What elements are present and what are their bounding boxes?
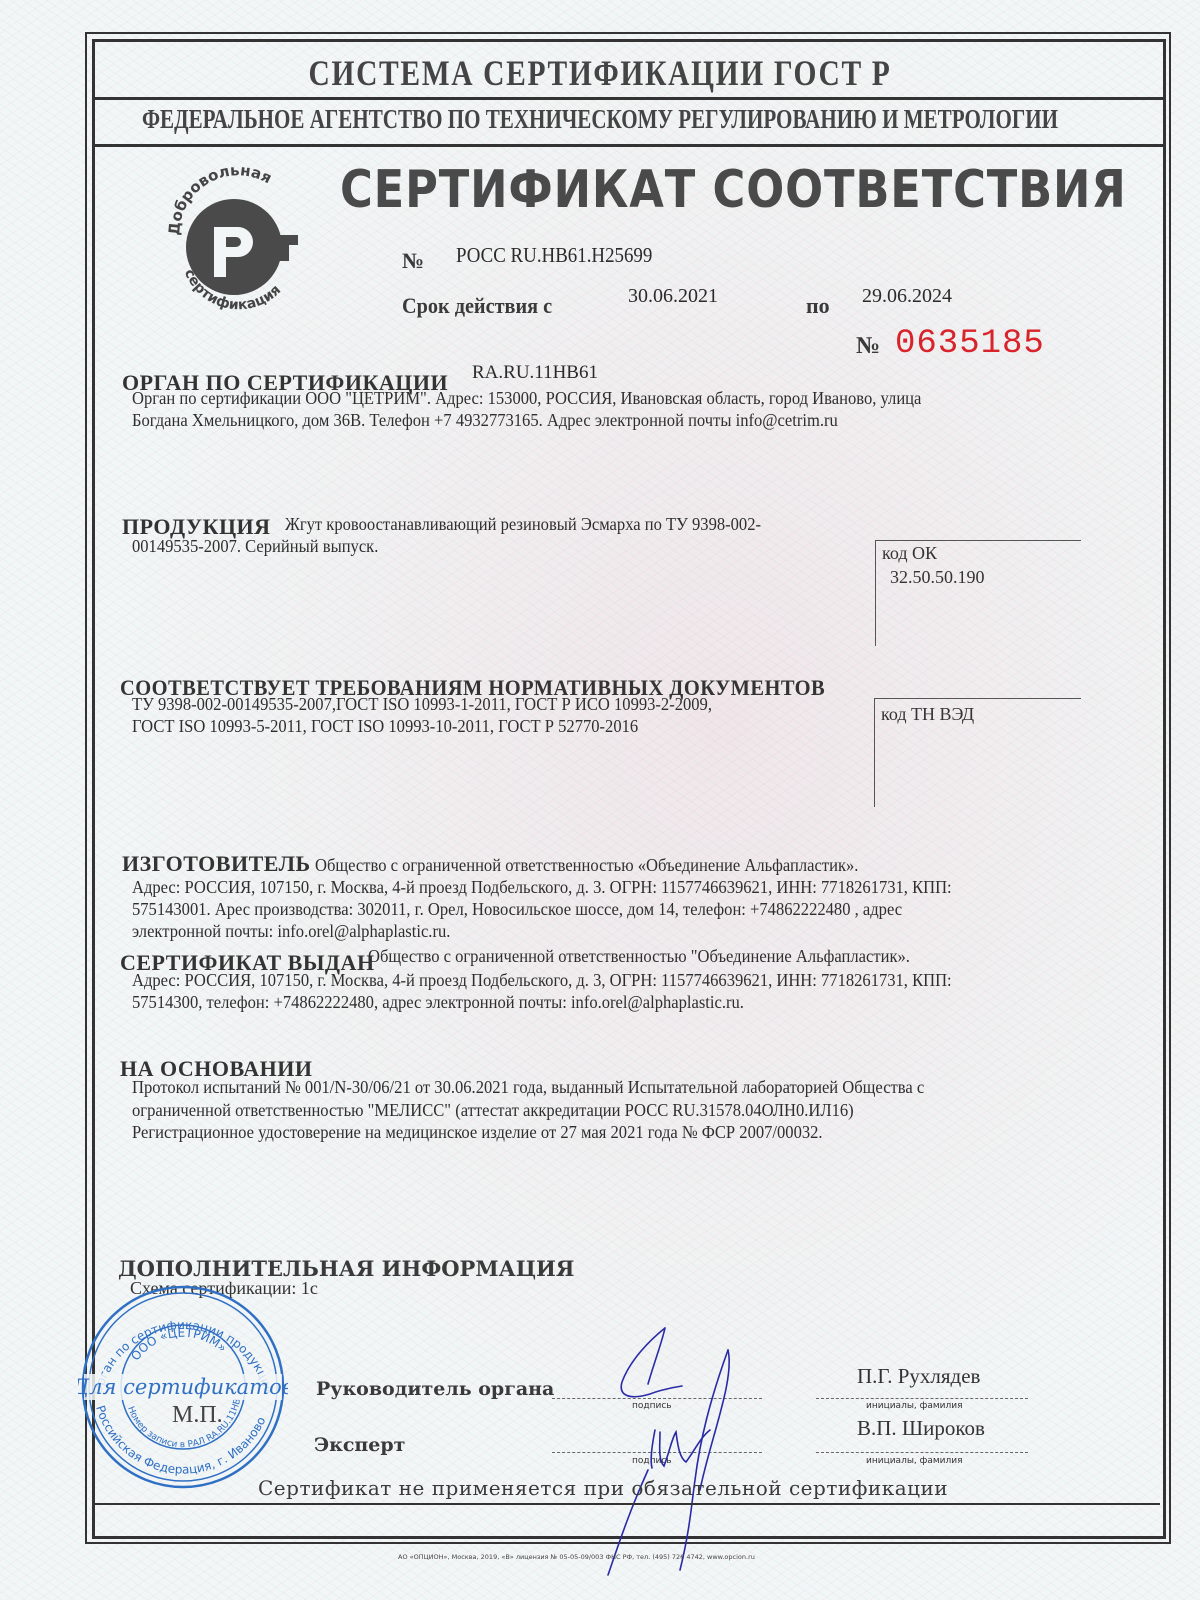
handwritten-signatures-icon: [560, 1320, 820, 1580]
voluntary-certification-note: Сертификат не применяется при обязательн…: [258, 1476, 948, 1500]
issued-to-line-1: Адрес: РОССИЯ, 107150, г. Москва, 4-й пр…: [132, 970, 952, 991]
ok-code-label: код ОК: [882, 543, 937, 564]
requirements-line-2: ГОСТ ISO 10993-5-2011, ГОСТ ISO 10993-10…: [132, 716, 638, 737]
manufacturer-name: Общество с ограниченной ответственностью…: [315, 855, 858, 876]
header-divider-2: [92, 144, 1163, 147]
product-line-1: Жгут кровоостанавливающий резиновый Эсма…: [285, 514, 761, 535]
expert-label: Эксперт: [314, 1434, 405, 1456]
form-serial-number: 0635185: [895, 325, 1045, 363]
tnved-code-box: код ТН ВЭД: [874, 698, 1081, 807]
head-name: П.Г. Рухлядев: [857, 1364, 980, 1389]
seal-placeholder-mp: М.П.: [172, 1402, 223, 1429]
manufacturer-heading: ИЗГОТОВИТЕЛЬ: [122, 851, 311, 877]
cert-number: РОСС RU.НВ61.Н25699: [456, 243, 652, 268]
certification-body-line-2: Богдана Хмельницкого, дом 36В. Телефон +…: [132, 410, 838, 431]
head-name-caption: инициалы, фамилия: [866, 1401, 963, 1411]
cert-number-label: №: [402, 248, 424, 274]
manufacturer-line-1: Адрес: РОССИЯ, 107150, г. Москва, 4-й пр…: [132, 877, 952, 898]
basis-line-1: Протокол испытаний № 001/N-30/06/21 от 3…: [132, 1077, 924, 1098]
ok-code-value: 32.50.50.190: [890, 567, 985, 588]
footer-divider: [92, 1503, 1160, 1505]
head-name-line: [816, 1398, 1028, 1399]
ok-code-box: код ОК 32.50.50.190: [875, 540, 1081, 646]
rst-voluntary-certification-logo-icon: Добровольная сертификация: [168, 165, 303, 315]
system-title: СИСТЕМА СЕРТИФИКАЦИИ ГОСТ Р: [108, 52, 1092, 94]
certification-body-code: RA.RU.11НВ61: [472, 362, 598, 384]
valid-to-label: по: [806, 293, 830, 319]
certification-body-line-1: Орган по сертификации ООО "ЦЕТРИМ". Адре…: [132, 388, 921, 409]
issued-to-name: Общество с ограниченной ответственностью…: [368, 946, 910, 967]
issued-to-line-2: 57514300, телефон: +74862222480, адрес э…: [132, 992, 744, 1013]
certificate-title: СЕРТИФИКАТ СООТВЕТСТВИЯ: [340, 160, 1127, 220]
tnved-code-label: код ТН ВЭД: [881, 704, 974, 725]
validity-label: Срок действия с: [402, 293, 552, 319]
manufacturer-line-2: 575143001. Арес производства: 302011, г.…: [132, 899, 902, 920]
basis-line-3: Регистрационное удостоверение на медицин…: [132, 1122, 823, 1143]
product-line-2: 00149535-2007. Серийный выпуск.: [132, 536, 378, 557]
expert-name-line: [816, 1452, 1028, 1453]
form-number-label: №: [856, 333, 880, 360]
printer-imprint: АО «ОПЦИОН», Москва, 2019, «В» лицензия …: [398, 1553, 755, 1561]
stamp-center-text: Для сертификатов: [78, 1375, 288, 1399]
requirements-line-1: ТУ 9398-002-00149535-2007,ГОСТ ISO 10993…: [132, 694, 712, 715]
basis-line-2: ограниченной ответственностью "МЕЛИСС" (…: [132, 1100, 854, 1121]
expert-name: В.П. Широков: [857, 1416, 985, 1441]
manufacturer-line-3: электронной почты: info.orel@alphaplasti…: [132, 921, 450, 942]
valid-to-date: 29.06.2024: [862, 285, 952, 308]
certification-body-stamp-icon: Орган по сертификации продукции ООО «ЦЕТ…: [78, 1282, 288, 1492]
valid-from-date: 30.06.2021: [628, 285, 718, 308]
head-of-body-label: Руководитель органа: [316, 1378, 554, 1400]
expert-name-caption: инициалы, фамилия: [866, 1456, 963, 1466]
header-divider: [92, 97, 1163, 100]
agency-title: ФЕДЕРАЛЬНОЕ АГЕНТСТВО ПО ТЕХНИЧЕСКОМУ РЕ…: [132, 104, 1068, 135]
